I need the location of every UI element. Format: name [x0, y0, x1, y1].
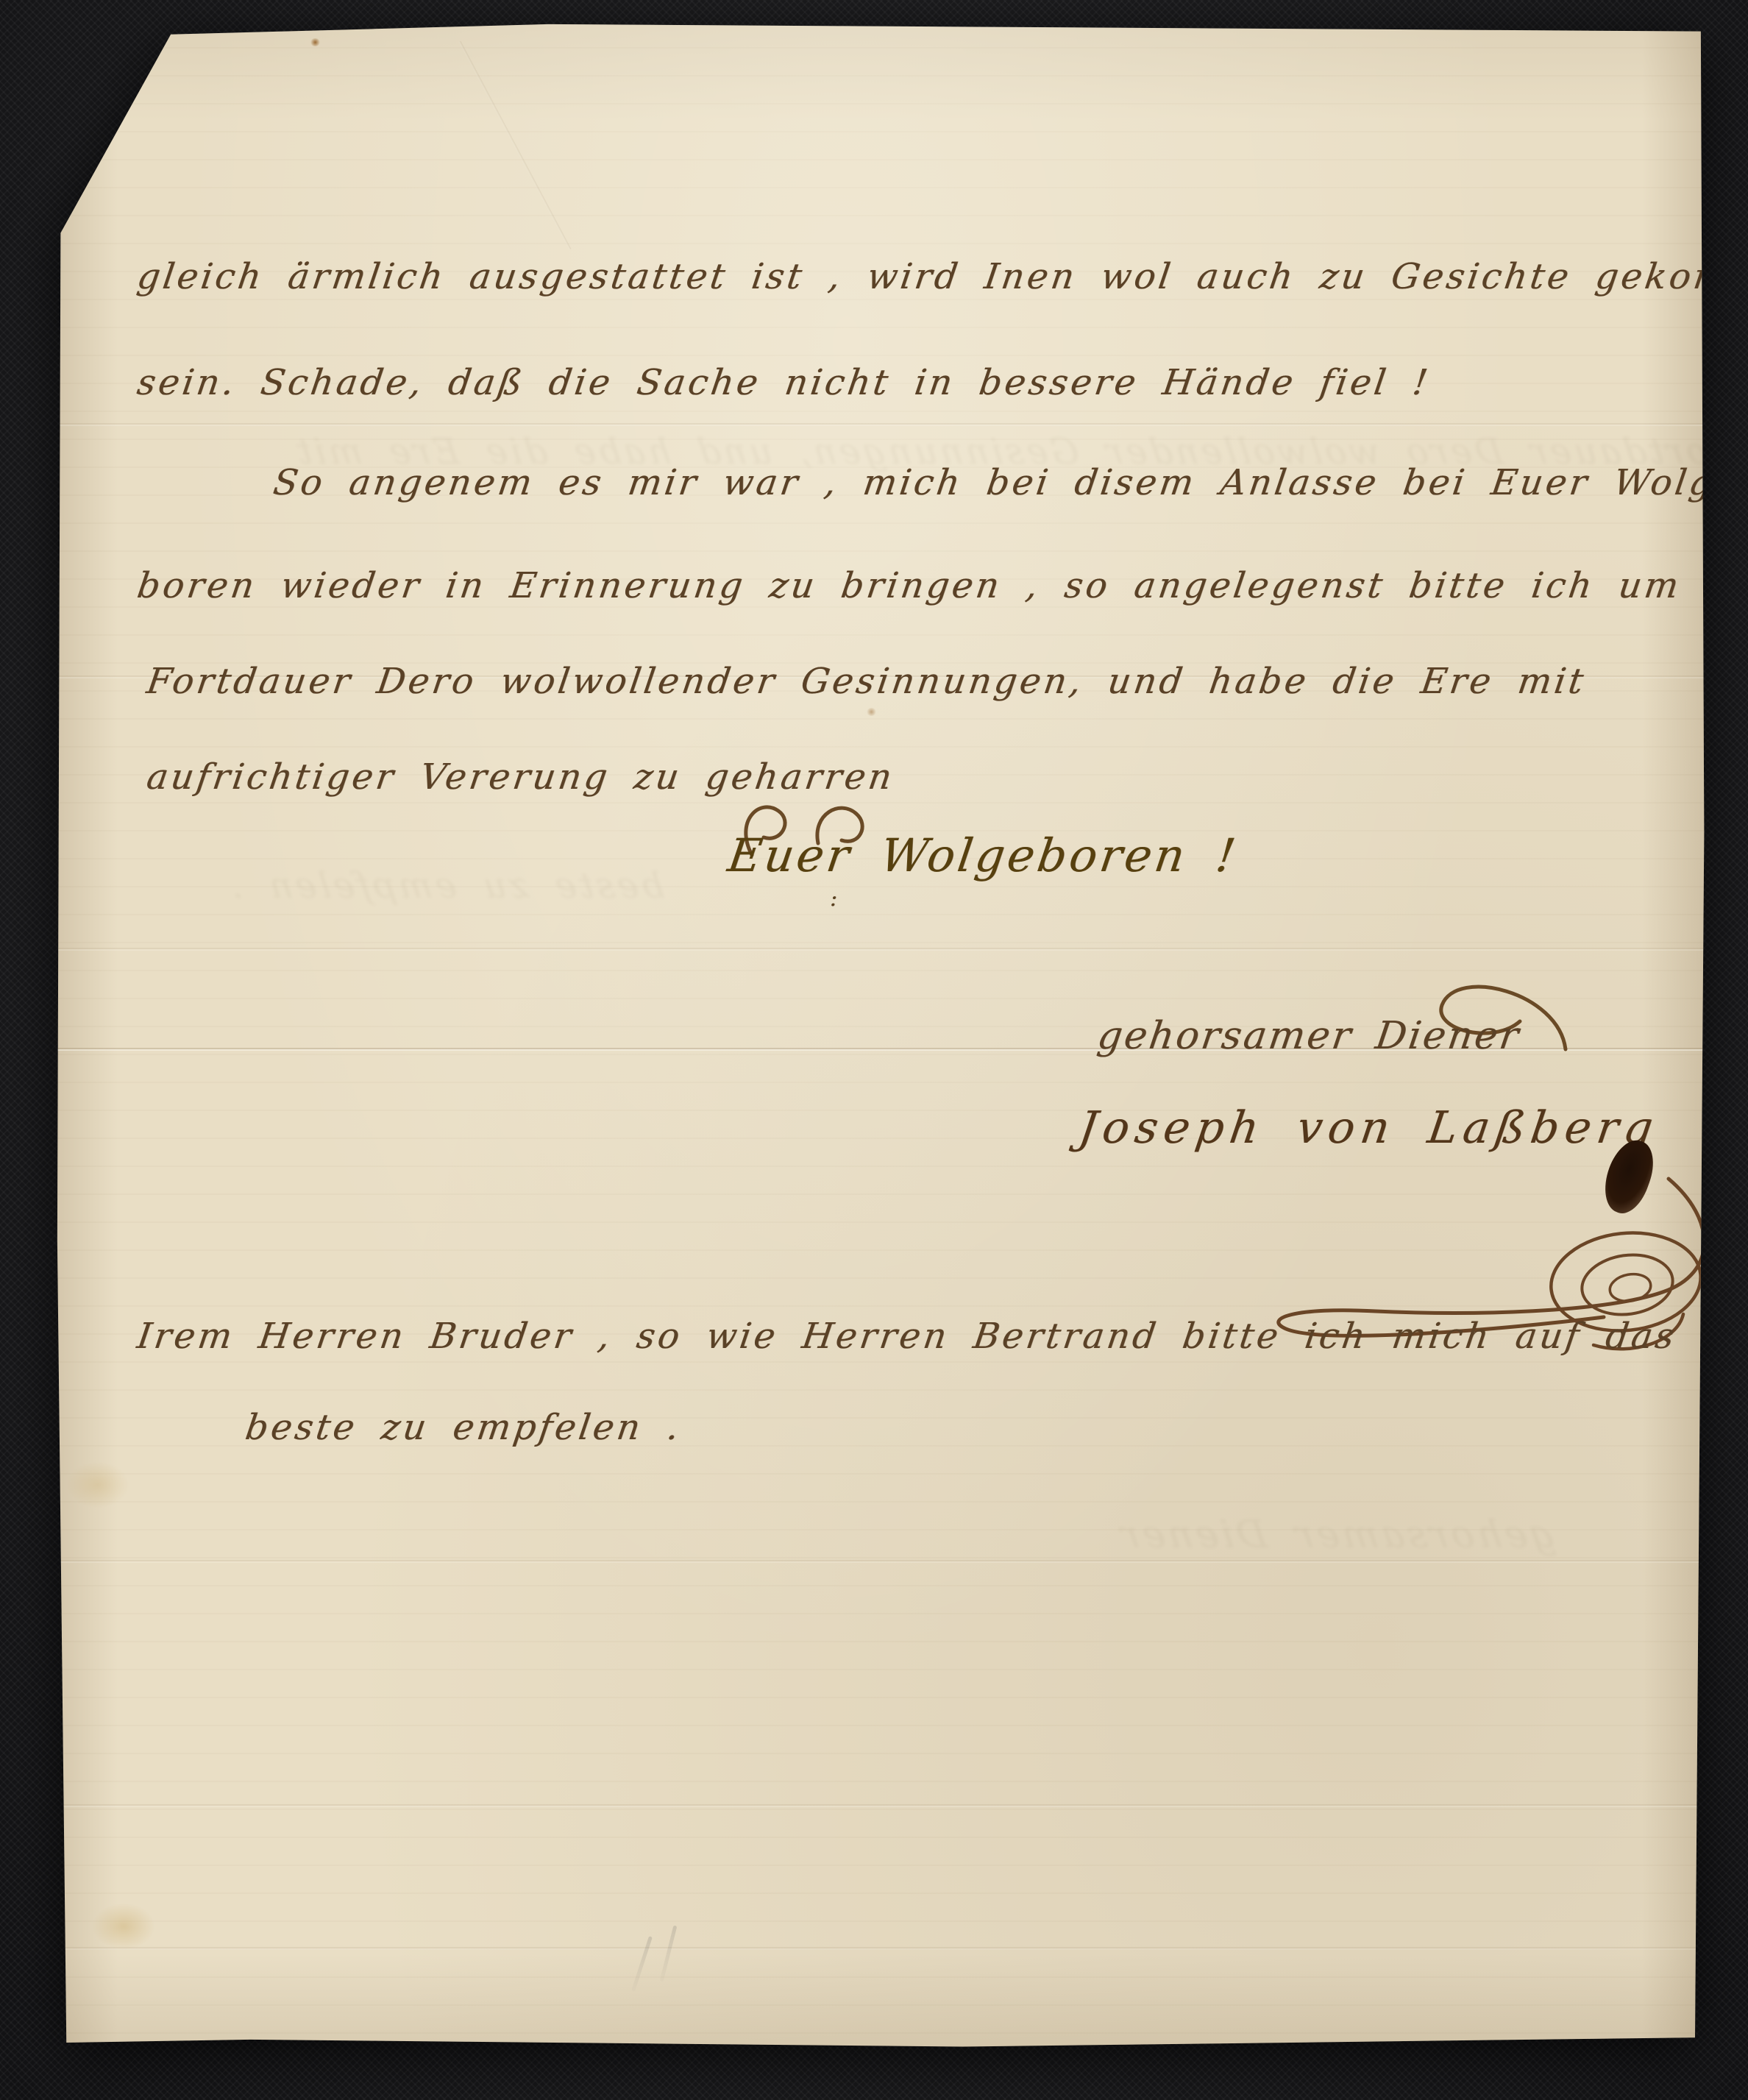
- bleed-through-text: beste zu empfelen .: [225, 865, 667, 907]
- paper-stain: [92, 1903, 155, 1950]
- fold-crease: [51, 423, 1708, 426]
- handwritten-line-5: Fortdauer Dero wolwollender Gesinnungen,…: [144, 661, 1588, 702]
- salutation-line: Euer Wolgeboren !: [725, 829, 1241, 882]
- pencil-smudge: [631, 1936, 653, 1992]
- postscript-line-1: Irem Herren Bruder , so wie Herren Bertr…: [135, 1316, 1680, 1357]
- handwritten-line-1: gleich ärmlich ausgestattet ist , wird I…: [135, 256, 1748, 297]
- fold-crease: [51, 1947, 1708, 1950]
- handwritten-line-4: boren wieder in Erinnerung zu bringen , …: [135, 565, 1748, 606]
- closing-line: gehorsamer Diener: [1095, 1014, 1524, 1058]
- fold-crease: [51, 1804, 1708, 1807]
- paper-stain: [867, 708, 876, 716]
- paper-shadow-wrap: Fortdauer Dero wolwollender Gesinnungen,…: [0, 0, 1748, 2100]
- fold-crease: [51, 1560, 1708, 1563]
- handwritten-line-2: sein. Schade, daß die Sache nicht in bes…: [135, 362, 1433, 403]
- salutation-dots: :: [830, 886, 837, 912]
- signature: Joseph von Laßberg: [1076, 1102, 1662, 1154]
- paper-sheet: Fortdauer Dero wolwollender Gesinnungen,…: [51, 19, 1708, 2056]
- fold-crease: [51, 948, 1708, 951]
- letter-photograph: Fortdauer Dero wolwollender Gesinnungen,…: [0, 0, 1748, 2100]
- corner-crease: [459, 41, 572, 250]
- postscript-line-2: beste zu empfelen .: [243, 1407, 684, 1448]
- paper-stain: [66, 1461, 129, 1508]
- bleed-through-text: gehorsamer Diener: [1115, 1513, 1558, 1557]
- pencil-smudge: [660, 1926, 678, 1982]
- handwritten-line-3: So angenem es mir war , mich bei disem A…: [271, 462, 1748, 503]
- paper-stain: [310, 38, 320, 46]
